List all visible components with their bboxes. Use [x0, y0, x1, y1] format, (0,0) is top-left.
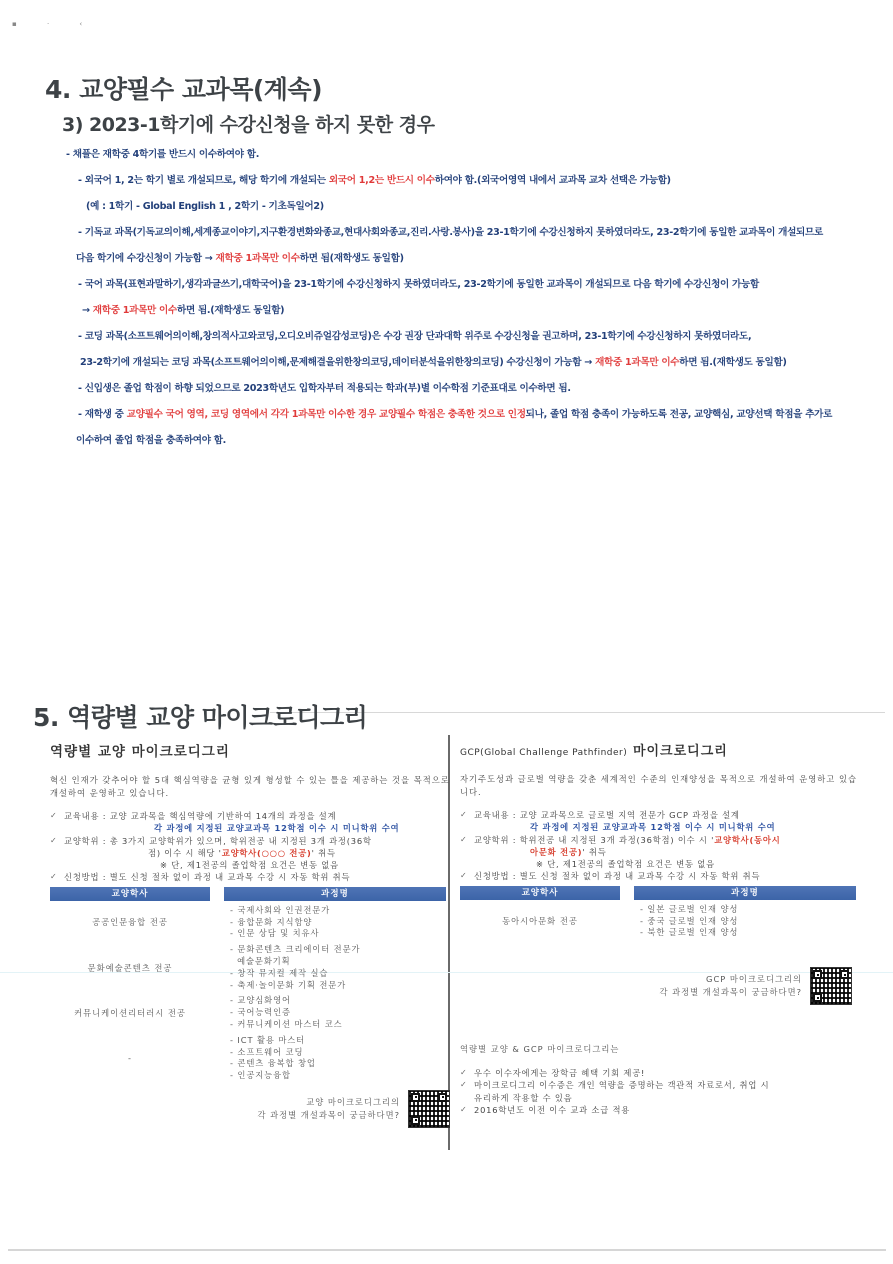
course-item: - 일본 글로벌 인재 양성: [640, 904, 738, 916]
course-item: - 인공지능융합: [230, 1070, 316, 1082]
summary-item: 마이크로디그리 이수증은 개인 역량을 증명하는 객관적 자료로서, 취업 시: [474, 1079, 769, 1091]
check-icon: ✓: [460, 809, 474, 821]
note-text: - 코딩 과목(소프트웨어의이해,창의적사고와코딩,오디오비쥬얼감성코딩)은 수…: [78, 331, 751, 342]
major-name: 문화예술콘텐츠 전공: [50, 962, 210, 974]
panel-title: GCP(Global Challenge Pathfinder) 마이크로디그리: [460, 740, 860, 759]
section-4-subtitle: 3) 2023-1학기에 수강신청을 하지 못한 경우: [62, 110, 434, 137]
bullet-degree-cont: 점) 이수 시 해당 '교양학사(○○○ 전공)' 취득: [50, 847, 336, 859]
bullet-degree-note: ※ 단, 제1전공의 졸업학점 요건은 변동 없음: [460, 858, 715, 870]
note-korean-cont: → 재학중 1과목만 이수하면 됨.(재학생도 동일함): [66, 304, 866, 318]
summary-item: 2016학년도 이전 이수 교과 소급 적용: [474, 1104, 630, 1116]
scan-artifacts: ▪ · ‹: [12, 20, 96, 28]
note-text: - 채플은 재학중 4학기를 반드시 이수하여야 함.: [66, 149, 259, 160]
table-body: 동아시아문화 전공- 일본 글로벌 인재 양성- 중국 글로벌 인재 양성- 북…: [460, 904, 860, 939]
course-item: - 소프트웨어 코딩: [230, 1047, 316, 1059]
course-item: - 북한 글로벌 인재 양성: [640, 927, 738, 939]
highlight-text: 교양필수 국어 영역, 코딩 영역에서 각각 1과목만 이수한 경우 교양필수 …: [127, 409, 526, 420]
course-item: - 축제·놀이문화 기획 전문가: [230, 980, 360, 992]
course-item: - 인문 상담 및 치유사: [230, 928, 330, 940]
course-item: - 문화콘텐츠 크리에이터 전문가: [230, 944, 360, 956]
header-course: 과정명: [224, 887, 446, 901]
course-list: - 교양심화영어- 국어능력인증- 커뮤니케이션 마스터 코스: [230, 995, 343, 1030]
panel-intro: 자기주도성과 글로벌 역량을 갖춘 세계적인 수준의 인재양성을 목적으로 개설…: [460, 773, 860, 799]
qr-block: GCP 마이크로디그리의 각 과정별 개설과목이 궁금하다면?: [460, 967, 852, 1005]
major-name: 공공인문융합 전공: [50, 916, 210, 928]
table-row: 동아시아문화 전공- 일본 글로벌 인재 양성- 중국 글로벌 인재 양성- 북…: [460, 904, 860, 939]
note-text: 이수하여 졸업 학점을 충족하여야 함.: [76, 435, 226, 446]
major-name: -: [50, 1053, 210, 1063]
check-icon: ✓: [460, 1067, 474, 1079]
panel-intro: 혁신 인재가 갖추어야 할 5대 핵심역량을 균형 있게 형성할 수 있는 틀을…: [50, 774, 450, 800]
note-text: 하면 됨.(재학생도 동일함): [679, 357, 786, 368]
panel-bullets: ✓교육내용 : 교양 교과목으로 글로벌 지역 전문가 GCP 과정을 설계 각…: [460, 809, 860, 883]
qr-caption: 교양 마이크로디그리의 각 과정별 개설과목이 궁금하다면?: [257, 1096, 400, 1122]
check-icon: ✓: [460, 1079, 474, 1091]
page-bottom-edge: [8, 1249, 886, 1251]
bullet-apply: 신청방법 : 별도 신청 절차 없이 과정 내 교과목 수강 시 자동 학위 취…: [474, 870, 760, 882]
bullet-content-highlight: 각 과정에 지정된 교양교과목 12학점 이수 시 미니학위 수여: [460, 821, 775, 833]
note-christian: - 기독교 과목(기독교의이해,세계종교이야기,지구환경변화와종교,현대사회와종…: [66, 226, 866, 240]
check-icon: ✓: [460, 870, 474, 882]
note-text: - 신입생은 졸업 학점이 하향 되었으므로 2023학년도 입학자부터 적용되…: [78, 383, 571, 394]
course-item: - 국제사회와 인권전문가: [230, 905, 330, 917]
bullet-degree: 교양학위 : 총 3가지 교양학위가 있으며, 학위전공 내 지정된 3개 과정…: [64, 835, 372, 847]
table-header: 교양학사 과정명: [50, 887, 450, 901]
note-chapel: - 채플은 재학중 4학기를 반드시 이수하여야 함.: [66, 148, 866, 162]
check-icon: ✓: [50, 835, 64, 847]
bullet-apply: 신청방법 : 별도 신청 절차 없이 과정 내 교과목 수강 시 자동 학위 취…: [64, 871, 350, 883]
note-current-students: - 재학생 중 교양필수 국어 영역, 코딩 영역에서 각각 1과목만 이수한 …: [66, 408, 866, 422]
note-coding-cont: 23-2학기에 개설되는 코딩 과목(소프트웨어의이해,문제해결을위한창의코딩,…: [66, 356, 866, 370]
table-header: 교양학사 과정명: [460, 886, 860, 900]
header-major: 교양학사: [460, 886, 620, 900]
note-text: 하면 됨.(재학생도 동일함): [177, 305, 284, 316]
note-christian-cont: 다음 학기에 수강신청이 가능함 → 재학중 1과목만 이수하면 됨(재학생도 …: [66, 252, 866, 266]
major-name: 동아시아문화 전공: [460, 915, 620, 927]
bullet-degree-cont: 아문화 전공)' 취득: [460, 846, 607, 858]
bullet-degree-note: ※ 단, 제1전공의 졸업학점 요건은 변동 없음: [50, 859, 339, 871]
course-item: - 융합문화 지식함양: [230, 917, 330, 929]
course-item: - 교양심화영어: [230, 995, 343, 1007]
course-list: - 일본 글로벌 인재 양성- 중국 글로벌 인재 양성- 북한 글로벌 인재 …: [640, 904, 738, 939]
qr-caption: GCP 마이크로디그리의 각 과정별 개설과목이 궁금하다면?: [659, 973, 802, 999]
note-text: →: [82, 305, 93, 316]
highlight-text: 재학중 1과목만 이수: [216, 253, 300, 264]
competency-microdegree-panel: 역량별 교양 마이크로디그리 혁신 인재가 갖추어야 할 5대 핵심역량을 균형…: [50, 740, 450, 1128]
table-body: 공공인문융합 전공- 국제사회와 인권전문가- 융합문화 지식함양- 인문 상담…: [50, 905, 450, 1082]
check-icon: ✓: [460, 834, 474, 846]
panel-title: 역량별 교양 마이크로디그리: [50, 740, 450, 760]
note-korean: - 국어 과목(표현과말하기,생각과글쓰기,대학국어)을 23-1학기에 수강신…: [66, 278, 866, 292]
note-current-students-cont: 이수하여 졸업 학점을 충족하여야 함.: [66, 434, 866, 448]
section-5-title: 5. 역량별 교양 마이크로디그리: [33, 698, 367, 734]
note-text: 되나, 졸업 학점 충족이 가능하도록 전공, 교양핵심, 교양선택 학점을 추…: [526, 409, 832, 420]
course-list: - 국제사회와 인권전문가- 융합문화 지식함양- 인문 상담 및 치유사: [230, 905, 330, 940]
qr-code-icon[interactable]: [408, 1090, 450, 1128]
summary-bullets: ✓우수 이수자에게는 장학금 혜택 기회 제공! ✓마이크로디그리 이수증은 개…: [460, 1067, 860, 1116]
course-item: - 콘텐츠 융복합 창업: [230, 1058, 316, 1070]
check-icon: ✓: [460, 1104, 474, 1116]
section-4-title: 4. 교양필수 교과목(계속): [45, 70, 322, 106]
course-item: - 국어능력인증: [230, 1007, 343, 1019]
course-item: 예술문화기획: [230, 956, 360, 968]
bullet-content: 교육내용 : 교양 교과목으로 글로벌 지역 전문가 GCP 과정을 설계: [474, 809, 740, 821]
note-foreign-language: - 외국어 1, 2는 학기 별로 개설되므로, 해당 학기에 개설되는 외국어…: [66, 174, 866, 188]
header-course: 과정명: [634, 886, 856, 900]
bullet-degree: 교양학위 : 학위전공 내 지정된 3개 과정(36학점) 이수 시 '교양학사…: [474, 834, 781, 846]
course-item: - 커뮤니케이션 마스터 코스: [230, 1019, 343, 1031]
check-icon: ✓: [50, 810, 64, 822]
note-coding: - 코딩 과목(소프트웨어의이해,창의적사고와코딩,오디오비쥬얼감성코딩)은 수…: [66, 330, 866, 344]
highlight-text: 외국어 1,2는 반드시 이수: [329, 175, 435, 186]
course-item: - ICT 활용 마스터: [230, 1035, 316, 1047]
bullet-content-highlight: 각 과정에 지정된 교양교과목 12학점 이수 시 미니학위 수여: [50, 822, 399, 834]
qr-code-icon[interactable]: [810, 967, 852, 1005]
table-row: 커뮤니케이션리터러시 전공- 교양심화영어- 국어능력인증- 커뮤니케이션 마스…: [50, 995, 450, 1030]
summary-item-cont: 유리하게 작용할 수 있음: [460, 1092, 572, 1104]
summary-item: 우수 이수자에게는 장학금 혜택 기회 제공!: [474, 1067, 645, 1079]
header-major: 교양학사: [50, 887, 210, 901]
note-text: 다음 학기에 수강신청이 가능함 →: [76, 253, 216, 264]
highlight-text: 재학중 1과목만 이수: [595, 357, 679, 368]
table-row: 문화예술콘텐츠 전공- 문화콘텐츠 크리에이터 전문가 예술문화기획- 창작 뮤…: [50, 944, 450, 991]
note-text: 하면 됨(재학생도 동일함): [300, 253, 404, 264]
note-foreign-example: (예 : 1학기 - Global English 1 , 2학기 - 기초독일…: [66, 200, 866, 214]
note-text: - 외국어 1, 2는 학기 별로 개설되므로, 해당 학기에 개설되는: [78, 175, 329, 186]
major-name: 커뮤니케이션리터러시 전공: [50, 1007, 210, 1019]
note-text: - 기독교 과목(기독교의이해,세계종교이야기,지구환경변화와종교,현대사회와종…: [78, 227, 823, 238]
note-text: 하여야 함.(외국어영역 내에서 교과목 교차 선택은 가능함): [435, 175, 671, 186]
qr-block: 교양 마이크로디그리의 각 과정별 개설과목이 궁금하다면?: [50, 1090, 450, 1128]
check-icon: ✓: [50, 871, 64, 883]
table-row: 공공인문융합 전공- 국제사회와 인권전문가- 융합문화 지식함양- 인문 상담…: [50, 905, 450, 940]
notes-list: - 채플은 재학중 4학기를 반드시 이수하여야 함. - 외국어 1, 2는 …: [66, 148, 866, 448]
note-text: - 국어 과목(표현과말하기,생각과글쓰기,대학국어)을 23-1학기에 수강신…: [78, 279, 759, 290]
summary-title: 역량별 교양 & GCP 마이크로디그리는: [460, 1043, 860, 1055]
course-list: - ICT 활용 마스터- 소프트웨어 코딩- 콘텐츠 융복합 창업- 인공지능…: [230, 1035, 316, 1082]
highlight-text: 재학중 1과목만 이수: [93, 305, 177, 316]
note-text: - 재학생 중: [78, 409, 127, 420]
course-item: - 창작 뮤지컬 제작 실습: [230, 968, 360, 980]
note-text: 23-2학기에 개설되는 코딩 과목(소프트웨어의이해,문제해결을위한창의코딩,…: [80, 357, 595, 368]
panel-bullets: ✓교육내용 : 교양 교과목을 핵심역량에 기반하여 14개의 과정을 설계 각…: [50, 810, 450, 884]
course-list: - 문화콘텐츠 크리에이터 전문가 예술문화기획- 창작 뮤지컬 제작 실습- …: [230, 944, 360, 991]
table-row: -- ICT 활용 마스터- 소프트웨어 코딩- 콘텐츠 융복합 창업- 인공지…: [50, 1035, 450, 1082]
note-text: (예 : 1학기 - Global English 1 , 2학기 - 기초독일…: [86, 201, 324, 212]
note-freshman: - 신입생은 졸업 학점이 하향 되었으므로 2023학년도 입학자부터 적용되…: [66, 382, 866, 396]
gcp-microdegree-panel: GCP(Global Challenge Pathfinder) 마이크로디그리…: [460, 740, 860, 1116]
bullet-content: 교육내용 : 교양 교과목을 핵심역량에 기반하여 14개의 과정을 설계: [64, 810, 336, 822]
course-item: - 중국 글로벌 인재 양성: [640, 916, 738, 928]
